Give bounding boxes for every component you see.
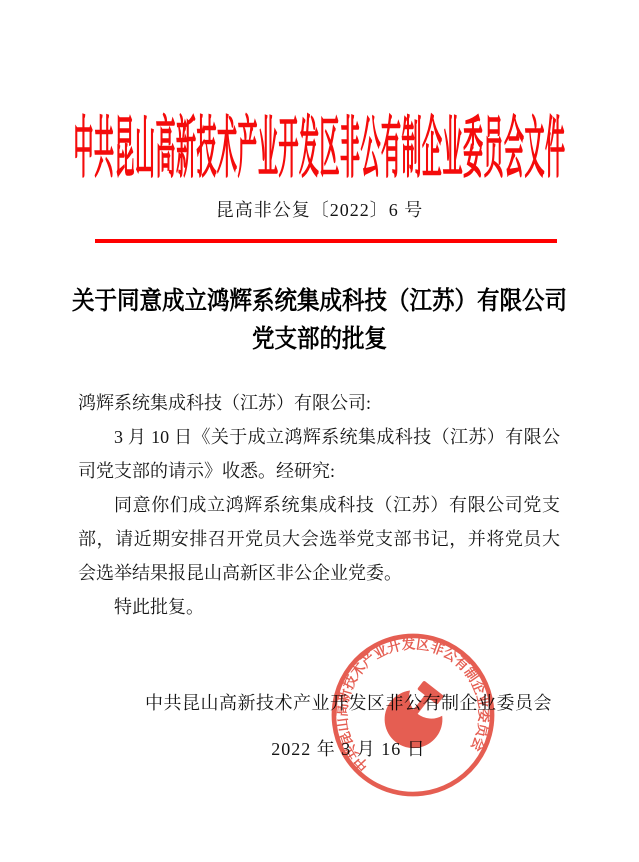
- document-body: 鸿辉系统集成科技（江苏）有限公司: 3 月 10 日《关于成立鸿辉系统集成科技（…: [78, 386, 560, 624]
- signature-org: 中共昆山高新技术产业开发区非公有制企业委员会: [145, 692, 552, 714]
- document-page: 中共昆山高新技术产业开发区非公有制企业委员会文件 昆高非公复〔2022〕6 号 …: [0, 0, 639, 862]
- recipient-line: 鸿辉系统集成科技（江苏）有限公司:: [78, 386, 560, 420]
- body-paragraph-2: 同意你们成立鸿辉系统集成科技（江苏）有限公司党支部，请近期安排召开党员大会选举党…: [78, 488, 560, 590]
- doc-number: 昆高非公复〔2022〕6 号: [0, 198, 639, 222]
- body-paragraph-3: 特此批复。: [78, 590, 560, 624]
- document-title: 关于同意成立鸿辉系统集成科技（江苏）有限公司 党支部的批复: [32, 283, 607, 359]
- body-paragraph-1: 3 月 10 日《关于成立鸿辉系统集成科技（江苏）有限公司党支部的请示》收悉。经…: [78, 420, 560, 488]
- signature-block: 中共昆山高新技术产业开发区非公有制企业委员会 2022 年 3 月 16 日: [145, 692, 552, 760]
- title-line-2: 党支部的批复: [32, 321, 607, 359]
- title-line-1: 关于同意成立鸿辉系统集成科技（江苏）有限公司: [32, 283, 607, 321]
- document-red-header: 中共昆山高新技术产业开发区非公有制企业委员会文件: [0, 94, 639, 164]
- signature-date: 2022 年 3 月 16 日: [145, 738, 552, 760]
- red-divider-line: [95, 239, 557, 243]
- header-org-title: 中共昆山高新技术产业开发区非公有制企业委员会文件: [74, 94, 566, 191]
